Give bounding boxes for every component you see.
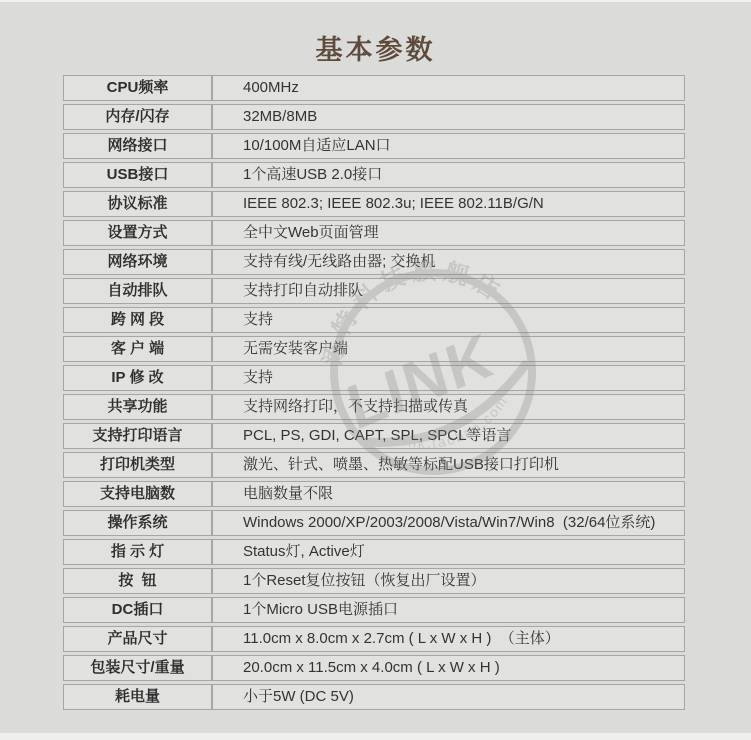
spec-label: 产品尺寸 — [63, 626, 212, 652]
spec-value: IEEE 802.3; IEEE 802.3u; IEEE 802.11B/G/… — [212, 191, 685, 217]
spec-row: 共享功能 支持网络打印，不支持扫描或传真 — [63, 394, 685, 420]
spec-value: 1个Micro USB电源插口 — [212, 597, 685, 623]
spec-row: 客 户 端 无需安装客户端 — [63, 336, 685, 362]
spec-value: 1个Reset复位按钮（恢复出厂设置） — [212, 568, 685, 594]
spec-row: 设置方式 全中文Web页面管理 — [63, 220, 685, 246]
spec-row: USB接口 1个高速USB 2.0接口 — [63, 162, 685, 188]
spec-value: 支持打印自动排队 — [212, 278, 685, 304]
spec-row: 指 示 灯 Status灯, Active灯 — [63, 539, 685, 565]
spec-value: 支持 — [212, 365, 685, 391]
spec-value: 1个高速USB 2.0接口 — [212, 162, 685, 188]
spec-row: IP 修 改 支持 — [63, 365, 685, 391]
spec-value: 20.0cm x 11.5cm x 4.0cm ( L x W x H ) — [212, 655, 685, 681]
spec-label: USB接口 — [63, 162, 212, 188]
spec-value: 10/100M自适应LAN口 — [212, 133, 685, 159]
spec-table: CPU频率 400MHz 内存/闪存 32MB/8MB 网络接口 10/100M… — [63, 75, 685, 710]
spec-value: 11.0cm x 8.0cm x 2.7cm ( L x W x H ) （主体… — [212, 626, 685, 652]
spec-row: 网络接口 10/100M自适应LAN口 — [63, 133, 685, 159]
spec-row: 产品尺寸 11.0cm x 8.0cm x 2.7cm ( L x W x H … — [63, 626, 685, 652]
spec-row: 支持电脑数 电脑数量不限 — [63, 481, 685, 507]
spec-label: 打印机类型 — [63, 452, 212, 478]
spec-value: 支持网络打印，不支持扫描或传真 — [212, 394, 685, 420]
spec-label: 协议标准 — [63, 191, 212, 217]
spec-row: 耗电量 小于5W (DC 5V) — [63, 684, 685, 710]
spec-row: 操作系统 Windows 2000/XP/2003/2008/Vista/Win… — [63, 510, 685, 536]
spec-label: 共享功能 — [63, 394, 212, 420]
spec-row: CPU频率 400MHz — [63, 75, 685, 101]
spec-value: 激光、针式、喷墨、热敏等标配USB接口打印机 — [212, 452, 685, 478]
spec-label: 支持打印语言 — [63, 423, 212, 449]
spec-label: 指 示 灯 — [63, 539, 212, 565]
spec-row: 协议标准 IEEE 802.3; IEEE 802.3u; IEEE 802.1… — [63, 191, 685, 217]
spec-label: 按 钮 — [63, 568, 212, 594]
spec-value: 电脑数量不限 — [212, 481, 685, 507]
spec-label: DC插口 — [63, 597, 212, 623]
spec-value: Windows 2000/XP/2003/2008/Vista/Win7/Win… — [212, 510, 685, 536]
page-title: 基本参数 — [0, 28, 751, 67]
spec-value: 无需安装客户端 — [212, 336, 685, 362]
spec-row: 内存/闪存 32MB/8MB — [63, 104, 685, 130]
spec-row: 包装尺寸/重量 20.0cm x 11.5cm x 4.0cm ( L x W … — [63, 655, 685, 681]
spec-row: 跨 网 段 支持 — [63, 307, 685, 333]
spec-label: 网络环境 — [63, 249, 212, 275]
spec-label: IP 修 改 — [63, 365, 212, 391]
spec-value: Status灯, Active灯 — [212, 539, 685, 565]
spec-row: 打印机类型 激光、针式、喷墨、热敏等标配USB接口打印机 — [63, 452, 685, 478]
spec-label: 设置方式 — [63, 220, 212, 246]
spec-value: PCL, PS, GDI, CAPT, SPL, SPCL等语言 — [212, 423, 685, 449]
bottom-edge-line — [0, 733, 751, 740]
spec-label: 客 户 端 — [63, 336, 212, 362]
spec-row: 按 钮 1个Reset复位按钮（恢复出厂设置） — [63, 568, 685, 594]
spec-row: 支持打印语言 PCL, PS, GDI, CAPT, SPL, SPCL等语言 — [63, 423, 685, 449]
spec-label: 自动排队 — [63, 278, 212, 304]
spec-label: 支持电脑数 — [63, 481, 212, 507]
spec-value: 400MHz — [212, 75, 685, 101]
spec-label: 耗电量 — [63, 684, 212, 710]
top-edge-line — [0, 0, 751, 2]
spec-label: 操作系统 — [63, 510, 212, 536]
spec-row: DC插口 1个Micro USB电源插口 — [63, 597, 685, 623]
spec-label: 内存/闪存 — [63, 104, 212, 130]
spec-row: 自动排队 支持打印自动排队 — [63, 278, 685, 304]
spec-value: 小于5W (DC 5V) — [212, 684, 685, 710]
spec-label: 包装尺寸/重量 — [63, 655, 212, 681]
spec-value: 支持有线/无线路由器; 交换机 — [212, 249, 685, 275]
spec-label: 跨 网 段 — [63, 307, 212, 333]
spec-label: CPU频率 — [63, 75, 212, 101]
spec-row: 网络环境 支持有线/无线路由器; 交换机 — [63, 249, 685, 275]
spec-label: 网络接口 — [63, 133, 212, 159]
spec-value: 全中文Web页面管理 — [212, 220, 685, 246]
spec-value: 支持 — [212, 307, 685, 333]
spec-value: 32MB/8MB — [212, 104, 685, 130]
